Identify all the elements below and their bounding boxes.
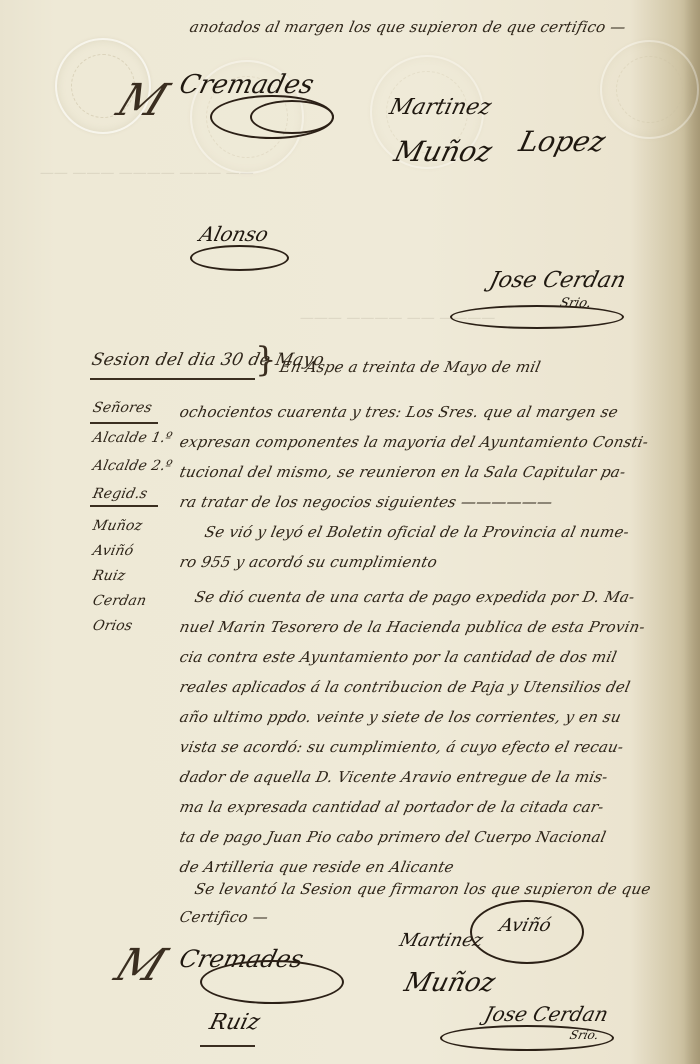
margin-member: Muñoz <box>91 518 144 534</box>
signature-flourish <box>190 245 289 271</box>
signature-ruiz: Ruiz <box>207 1010 263 1035</box>
signature-flourish <box>440 1025 614 1051</box>
signature-cremades: Cremades <box>176 70 317 100</box>
signature-jose-cerdan: Jose Cerdan <box>487 268 628 293</box>
body-line: expresan componentes la mayoria del Ayun… <box>178 433 650 451</box>
margin-divider <box>90 505 158 507</box>
body-line: vista se acordó: su cumplimiento, á cuyo… <box>178 738 625 756</box>
margin-role: Alcalde 1.º <box>91 430 173 446</box>
margin-member: Ruiz <box>91 568 127 584</box>
margin-title: Señores <box>91 400 153 416</box>
body-line: año ultimo ppdo. veinte y siete de los c… <box>178 708 623 726</box>
body-line: ra tratar de los negocios siguientes ———… <box>178 493 554 511</box>
signature-flourish <box>250 100 334 134</box>
body-line: En Aspe a treinta de Mayo de mil <box>278 358 542 376</box>
body-line: nuel Marin Tesorero de la Hacienda publi… <box>178 618 647 636</box>
margin-member: Cerdan <box>91 593 148 609</box>
margin-role: Alcalde 2.º <box>91 458 173 474</box>
signature-martinez: Martinez <box>387 95 494 120</box>
closing-line: Se levantó la Sesion que firmaron los qu… <box>193 880 652 898</box>
signature-flourish <box>450 305 624 329</box>
margin-member: Aviñó <box>91 543 135 559</box>
margin-role: Regid.s <box>91 486 149 502</box>
body-line: reales aplicados á la contribucion de Pa… <box>178 678 632 696</box>
margin-mark: M <box>108 940 174 991</box>
signature-flourish <box>200 960 344 1004</box>
body-line: dador de aquella D. Vicente Aravio entre… <box>178 768 609 786</box>
document-page: —— ——— ———— ——— —— ——— ———— —— ———— anot… <box>0 0 700 1064</box>
page-edge-shadow <box>684 0 700 1064</box>
body-line: ma la expresada cantidad al portador de … <box>178 798 605 816</box>
body-line: ta de pago Juan Pio cabo primero del Cue… <box>178 828 608 846</box>
continuation-line: anotados al margen los que supieron de q… <box>188 18 628 36</box>
body-line: Se dió cuenta de una carta de pago exped… <box>193 588 636 606</box>
body-line: cia contra este Ayuntamiento por la cant… <box>178 648 618 666</box>
body-line: ochocientos cuarenta y tres: Los Sres. q… <box>178 403 620 421</box>
signature-avino: Aviñó <box>497 915 553 936</box>
signature-alonso: Alonso <box>197 222 271 246</box>
body-line: ro 955 y acordó su cumplimiento <box>178 553 439 571</box>
signature-munoz: Muñoz <box>391 135 496 168</box>
heading-underline <box>90 378 255 380</box>
body-line: tucional del mismo, se reunieron en la S… <box>178 463 627 481</box>
body-line: Se vió y leyó el Boletin oficial de la P… <box>203 523 631 541</box>
bleed-through-text: —— ——— ———— ——— —— <box>38 165 255 181</box>
signature-lopez: Lopez <box>516 125 609 158</box>
signature-munoz: Muñoz <box>401 968 498 998</box>
signature-jose-cerdan: Jose Cerdan <box>482 1002 611 1026</box>
brace-glyph: } <box>255 340 277 380</box>
embossed-seal-icon <box>600 40 699 139</box>
closing-line: Certifico — <box>178 908 270 926</box>
body-line: de Artilleria que reside en Alicante <box>178 858 456 876</box>
margin-divider <box>90 422 158 424</box>
signature-underline <box>200 1045 255 1047</box>
margin-member: Orios <box>91 618 134 634</box>
